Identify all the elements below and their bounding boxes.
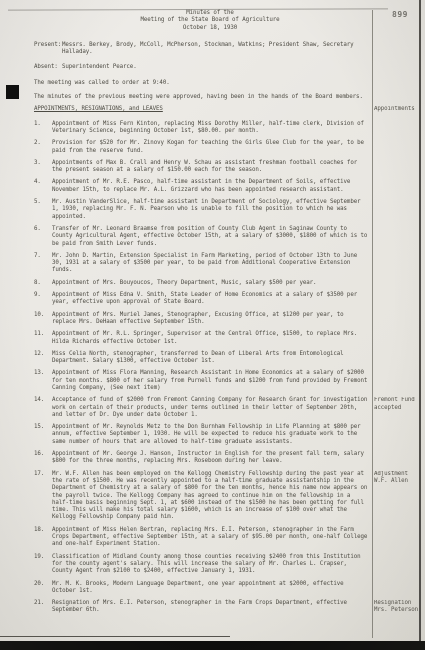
item-number: 6. <box>34 226 48 248</box>
item-number: 8. <box>34 280 48 287</box>
absent-label: Absent: <box>34 64 62 71</box>
minutes-item: 6. Transfer of Mr. Leonard Braamse from … <box>34 226 425 248</box>
page-content: Minutes of the Meeting of the State Boar… <box>0 0 425 620</box>
minutes-item: 9. Appointment of Miss Edna V. Smith, St… <box>34 292 425 307</box>
item-number: 16. <box>34 451 48 466</box>
item-text: Appointment of Mr. R.E. Pasco, half-time… <box>52 179 368 194</box>
margin-note-line: Fremont Fund <box>374 397 421 404</box>
item-text: Classification of Midland County among t… <box>52 554 368 576</box>
item-number: 11. <box>34 331 48 346</box>
item-number: 17. <box>34 471 48 522</box>
item-number: 21. <box>34 600 48 615</box>
item-number: 9. <box>34 292 48 307</box>
item-number: 12. <box>34 351 48 366</box>
margin-note: ResignationMrs. Peterson <box>374 600 421 615</box>
minutes-item: 19. Classification of Midland County amo… <box>34 554 425 576</box>
margin-note-line: W.F. Allen <box>374 478 421 485</box>
item-text: Provision for $520 for Mr. Zinovy Kogan … <box>52 140 368 155</box>
minutes-item: 12. Miss Celia North, stenographer, tran… <box>34 351 425 366</box>
absent-names: Superintendent Pearce. <box>62 64 362 71</box>
header-line-1: Minutes of the <box>30 10 390 17</box>
minutes-item: 21. Resignation of Mrs. E.I. Peterson, s… <box>34 600 425 615</box>
item-text: Appointment of Miss Helen Bertran, repla… <box>52 527 368 549</box>
item-text: Appointment of Miss Fern Kinton, replaci… <box>52 121 368 136</box>
item-text: Appointment of Mr. George J. Hanson, Ins… <box>52 451 368 466</box>
scan-right-edge <box>419 0 421 641</box>
absent-row: Absent: Superintendent Pearce. <box>34 64 368 71</box>
item-number: 7. <box>34 253 48 275</box>
item-text: Mr. W.F. Allen has been employed on the … <box>52 471 368 522</box>
minutes-item: 7. Mr. John D. Martin, Extension Special… <box>34 253 425 275</box>
margin-note-appointments: Appointments <box>374 106 421 113</box>
minutes-item: 8. Appointment of Mrs. Bouyoucos, Theory… <box>34 280 425 287</box>
minutes-item: 16. Appointment of Mr. George J. Hanson,… <box>34 451 425 466</box>
minutes-item: 1. Appointment of Miss Fern Kinton, repl… <box>34 121 425 136</box>
item-text: Miss Celia North, stenographer, transfer… <box>52 351 368 366</box>
item-number: 14. <box>34 397 48 419</box>
item-number: 19. <box>34 554 48 576</box>
item-text: Appointment of Mrs. Bouyoucos, Theory De… <box>52 280 368 287</box>
scanned-minutes-page: 899 Minutes of the Meeting of the State … <box>0 0 425 650</box>
present-names: Messrs. Berkey, Brody, McColl, McPherson… <box>62 42 362 57</box>
scan-bottom-edge-line <box>0 636 230 637</box>
item-number: 3. <box>34 160 48 175</box>
present-label: Present: <box>34 42 62 57</box>
scan-bottom-black-bar <box>0 641 425 650</box>
minutes-item: 13. Appointment of Miss Flora Manning, R… <box>34 370 425 392</box>
minutes-approved-paragraph: The minutes of the previous meeting were… <box>34 94 368 101</box>
minutes-item: 18. Appointment of Miss Helen Bertran, r… <box>34 527 425 549</box>
minutes-item: 3. Appointments of Max B. Crall and Henr… <box>34 160 425 175</box>
minutes-items-list: 1. Appointment of Miss Fern Kinton, repl… <box>0 121 425 615</box>
item-text: Appointments of Max B. Crall and Henry W… <box>52 160 368 175</box>
item-number: 18. <box>34 527 48 549</box>
minutes-item: 11. Appointment of Mr. R.L. Springer, Su… <box>34 331 425 346</box>
item-number: 1. <box>34 121 48 136</box>
item-number: 15. <box>34 424 48 446</box>
item-text: Appointment of Mr. Reynolds Metz to the … <box>52 424 368 446</box>
margin-note-line: Mrs. Peterson <box>374 607 421 614</box>
margin-note-line: accepted <box>374 405 421 412</box>
item-text: Mr. John D. Martin, Extension Specialist… <box>52 253 368 275</box>
called-to-order-paragraph: The meeting was called to order at 9:40. <box>34 80 368 87</box>
item-number: 2. <box>34 140 48 155</box>
item-text: Appointment of Miss Edna V. Smith, State… <box>52 292 368 307</box>
item-text: Appointment of Mrs. Muriel James, Stenog… <box>52 312 368 327</box>
item-text: Transfer of Mr. Leonard Braamse from pos… <box>52 226 368 248</box>
minutes-item: 4. Appointment of Mr. R.E. Pasco, half-t… <box>34 179 425 194</box>
scan-left-black-mark <box>6 85 19 99</box>
minutes-item: 10. Appointment of Mrs. Muriel James, St… <box>34 312 425 327</box>
section-heading-row: APPOINTMENTS, RESIGNATIONS, and LEAVES A… <box>34 106 368 113</box>
item-text: Appointment of Miss Flora Manning, Resea… <box>52 370 368 392</box>
present-row: Present: Messrs. Berkey, Brody, McColl, … <box>34 42 368 57</box>
document-header: Minutes of the Meeting of the State Boar… <box>30 10 390 32</box>
item-text: Acceptance of fund of $2000 from Fremont… <box>52 397 368 419</box>
item-number: 5. <box>34 199 48 221</box>
item-text: Resignation of Mrs. E.I. Peterson, steno… <box>52 600 368 615</box>
minutes-item: 20. Mr. M. K. Brooks, Modern Language De… <box>34 581 425 596</box>
item-text: Mr. M. K. Brooks, Modern Language Depart… <box>52 581 368 596</box>
margin-note: AdjustmentW.F. Allen <box>374 471 421 486</box>
margin-note: Fremont Fundaccepted <box>374 397 421 412</box>
item-number: 10. <box>34 312 48 327</box>
minutes-item: 15. Appointment of Mr. Reynolds Metz to … <box>34 424 425 446</box>
item-number: 13. <box>34 370 48 392</box>
section-heading: APPOINTMENTS, RESIGNATIONS, and LEAVES <box>34 106 163 112</box>
margin-rule-line <box>372 10 373 638</box>
margin-note-line: Adjustment <box>374 471 421 478</box>
header-line-3: October 18, 1930 <box>30 25 390 32</box>
item-number: 20. <box>34 581 48 596</box>
minutes-item: 5. Mr. Austin VanderSlice, half-time ass… <box>34 199 425 221</box>
margin-note-line: Resignation <box>374 600 421 607</box>
minutes-item: 2. Provision for $520 for Mr. Zinovy Kog… <box>34 140 425 155</box>
item-number: 4. <box>34 179 48 194</box>
item-text: Appointment of Mr. R.L. Springer, Superv… <box>52 331 368 346</box>
item-text: Mr. Austin VanderSlice, half-time assist… <box>52 199 368 221</box>
minutes-item: 14. Acceptance of fund of $2000 from Fre… <box>34 397 425 419</box>
header-line-2: Meeting of the State Board of Agricultur… <box>30 17 390 24</box>
minutes-item: 17. Mr. W.F. Allen has been employed on … <box>34 471 425 522</box>
